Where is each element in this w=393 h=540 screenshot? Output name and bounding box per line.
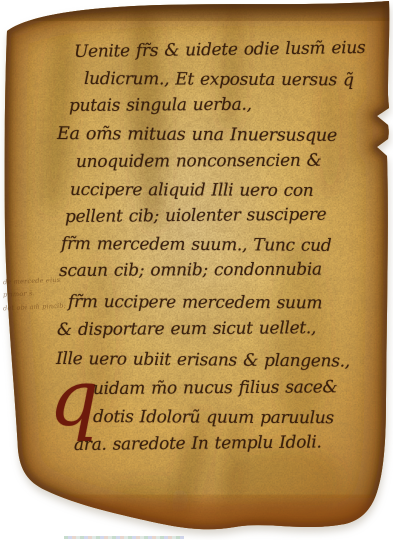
manuscript-line: Ille uero ubiit erisans & plangens., <box>56 349 350 372</box>
manuscript-photo: de mercede eius primor s̃. det obi am̃ p… <box>0 0 393 540</box>
manuscript-line: uccipere aliquid Illi uero con <box>70 180 314 201</box>
manuscript-line: fr̃m mercedem suum., Tunc cud <box>61 234 332 256</box>
manuscript-line: dotis Idolorũ quum paruulus <box>93 407 334 428</box>
manuscript-line: pellent cib; uiolenter suscipere <box>65 205 327 227</box>
scan-artifact-strip <box>64 536 184 539</box>
manuscript-line: putais singula uerba., <box>69 95 252 116</box>
top-tear-band <box>0 0 393 18</box>
manuscript-line: Uenite fr̃s & uidete odie lusm̃ eius <box>74 38 366 62</box>
margin-gloss-line: primor s̃. <box>3 289 35 298</box>
manuscript-line: Ea om̃s mituas una Inuersusque <box>57 124 337 146</box>
manuscript-line: & disportare eum sicut uellet., <box>57 318 316 340</box>
drop-cap-initial: Q <box>49 360 99 438</box>
manuscript-line: scaun cib; omnib; condonnubia <box>59 260 322 281</box>
manuscript-line: unoquidem nonconsencien & <box>76 151 322 172</box>
manuscript-line: uidam m̃o nucus filius sace& <box>93 377 337 399</box>
manuscript-line: ara. saredote In templu Idoli. <box>74 432 322 455</box>
manuscript-line: ludicrum., Et exposuta uersus q̃ <box>84 69 354 90</box>
manuscript-line: fr̃m uccipere mercedem suum <box>68 292 322 313</box>
